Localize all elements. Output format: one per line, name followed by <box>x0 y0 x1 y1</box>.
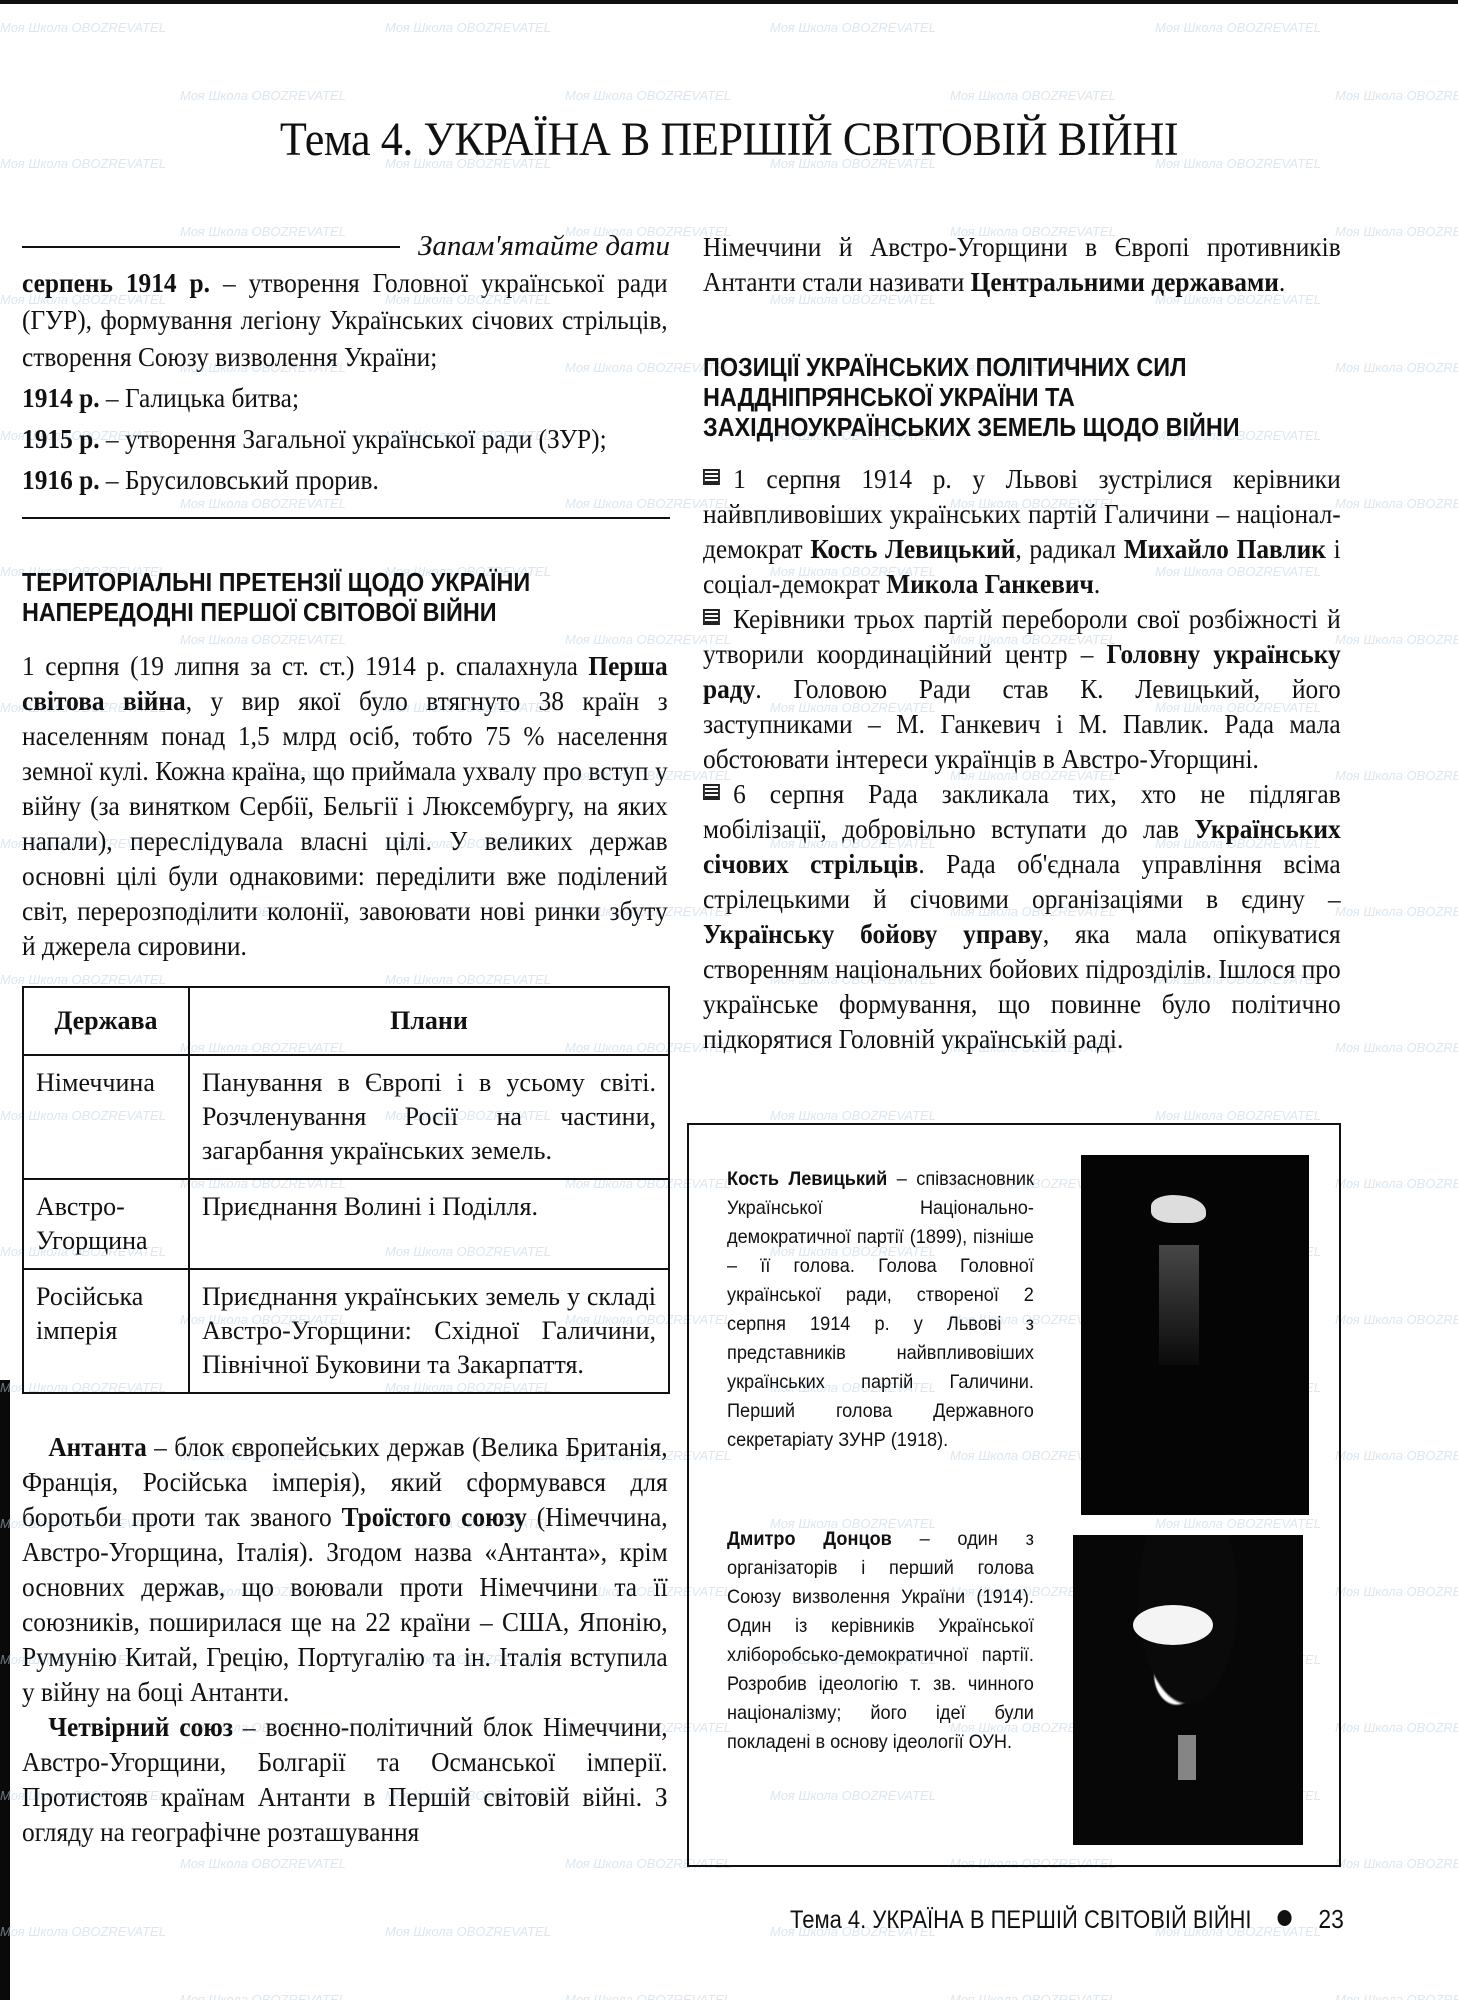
watermark: Моя Школа OBOZREVATEL <box>180 1992 346 2000</box>
watermark: Моя Школа OBOZREVATEL <box>1335 904 1458 919</box>
watermark: Моя Школа OBOZREVATEL <box>180 1856 346 1871</box>
watermark: Моя Школа OBOZREVATEL <box>1335 1584 1458 1599</box>
watermark: Моя Школа OBOZREVATEL <box>1335 224 1458 239</box>
document-icon <box>703 469 720 485</box>
page-number: 23 <box>1318 1904 1343 1934</box>
table-header-state: Держава <box>23 987 189 1055</box>
date-item: серпень 1914 р. – утворення Головної укр… <box>22 265 668 376</box>
watermark: Моя Школа OBOZREVATEL <box>1335 88 1458 103</box>
watermark: Моя Школа OBOZREVATEL <box>770 20 936 35</box>
left-column: Запам'ятайте дати серпень 1914 р. – утво… <box>22 230 670 1850</box>
watermark: Моя Школа OBOZREVATEL <box>385 1924 551 1939</box>
watermark: Моя Школа OBOZREVATEL <box>1335 1720 1458 1735</box>
remember-dates-header: Запам'ятайте дати <box>22 230 670 263</box>
watermark: Моя Школа OBOZREVATEL <box>385 20 551 35</box>
dates-list: серпень 1914 р. – утворення Головної укр… <box>22 265 670 499</box>
document-icon <box>703 609 720 625</box>
divider <box>22 246 400 248</box>
scan-top-edge <box>0 0 1458 4</box>
watermark: Моя Школа OBOZREVATEL <box>770 1108 936 1123</box>
watermark: Моя Школа OBOZREVATEL <box>1155 20 1321 35</box>
page-footer: Тема 4. УКРАЇНА В ПЕРШІЙ СВІТОВІЙ ВІЙНІ2… <box>790 1904 1344 1935</box>
page-title: Тема 4. УКРАЇНА В ПЕРШІЙ СВІТОВІЙ ВІЙНІ <box>58 112 1399 167</box>
biography-levytsky: Кость Левицький – співзасновник Українсь… <box>727 1165 1034 1455</box>
paragraph-war-outbreak: 1 серпня (19 липня за ст. ст.) 1914 р. с… <box>22 649 668 964</box>
watermark: Моя Школа OBOZREVATEL <box>950 88 1116 103</box>
watermark: Моя Школа OBOZREVATEL <box>1335 1176 1458 1191</box>
table-row: Російська імперія Приєднання українських… <box>23 1269 669 1393</box>
paragraph-central-powers: Німеччини й Австро-Угорщини в Європі про… <box>703 230 1341 300</box>
watermark: Моя Школа OBOZREVATEL <box>0 20 166 35</box>
watermark: Моя Школа OBOZREVATEL <box>1335 1312 1458 1327</box>
paragraph-sich-riflemen: 6 серпня Рада закликала тих, хто не підл… <box>703 777 1341 1057</box>
watermark: Моя Школа OBOZREVATEL <box>1335 768 1458 783</box>
table-header-plans: Плани <box>189 987 669 1055</box>
watermark: Моя Школа OBOZREVATEL <box>1335 1040 1458 1055</box>
section-heading-political-forces: ПОЗИЦІЇ УКРАЇНСЬКИХ ПОЛІТИЧНИХ СИЛ НАДДН… <box>703 352 1348 442</box>
watermark: Моя Школа OBOZREVATEL <box>565 1992 731 2000</box>
right-column: Німеччини й Австро-Угорщини в Європі про… <box>703 230 1343 1057</box>
table-row: Австро-Угорщина Приєднання Волині і Поді… <box>23 1179 669 1269</box>
table-row: Німеччина Панування в Європі і в усьому … <box>23 1055 669 1179</box>
watermark: Моя Школа OBOZREVATEL <box>950 1992 1116 2000</box>
watermark: Моя Школа OBOZREVATEL <box>180 88 346 103</box>
date-item: 1915 р. – утворення Загальної українсько… <box>22 421 668 458</box>
divider <box>22 517 670 519</box>
war-plans-table: Держава Плани Німеччина Панування в Євро… <box>22 986 670 1394</box>
section-heading-territorial-claims: ТЕРИТОРІАЛЬНІ ПРЕТЕНЗІЇ ЩОДО УКРАЇНИ НАП… <box>22 567 675 627</box>
portrait-dontsov <box>1073 1535 1303 1845</box>
date-item: 1914 р. – Галицька битва; <box>22 380 668 417</box>
watermark: Моя Школа OBOZREVATEL <box>1335 496 1458 511</box>
scan-left-edge <box>0 1380 10 2000</box>
document-icon <box>703 784 720 800</box>
watermark: Моя Школа OBOZREVATEL <box>1335 1448 1458 1463</box>
date-item: 1916 р. – Брусиловський прорив. <box>22 462 668 499</box>
watermark: Моя Школа OBOZREVATEL <box>1335 1856 1458 1871</box>
paragraph-quadruple-alliance: Четвірний союз – воєнно-політичний блок … <box>22 1710 668 1850</box>
biography-box: Кость Левицький – співзасновник Українсь… <box>687 1123 1341 1867</box>
paragraph-main-council: Керівники трьох партій перебороли свої р… <box>703 602 1341 777</box>
paragraph-entente: Антанта – блок європейських держав (Вели… <box>22 1430 668 1710</box>
biography-dontsov: Дмитро Донцов – один з організаторів і п… <box>727 1525 1034 1757</box>
watermark: Моя Школа OBOZREVATEL <box>0 1924 166 1939</box>
bullet-dot-icon <box>1278 1910 1292 1926</box>
footer-title: Тема 4. УКРАЇНА В ПЕРШІЙ СВІТОВІЙ ВІЙНІ <box>790 1906 1252 1934</box>
portrait-levytsky <box>1081 1155 1309 1515</box>
paragraph-lviv-meeting: 1 серпня 1914 р. у Львові зустрілися кер… <box>703 462 1341 602</box>
watermark: Моя Школа OBOZREVATEL <box>1335 1992 1458 2000</box>
watermark: Моя Школа OBOZREVATEL <box>1155 1108 1321 1123</box>
remember-dates-label: Запам'ятайте дати <box>418 230 670 263</box>
watermark: Моя Школа OBOZREVATEL <box>1335 360 1458 375</box>
watermark: Моя Школа OBOZREVATEL <box>565 88 731 103</box>
watermark: Моя Школа OBOZREVATEL <box>1335 632 1458 647</box>
